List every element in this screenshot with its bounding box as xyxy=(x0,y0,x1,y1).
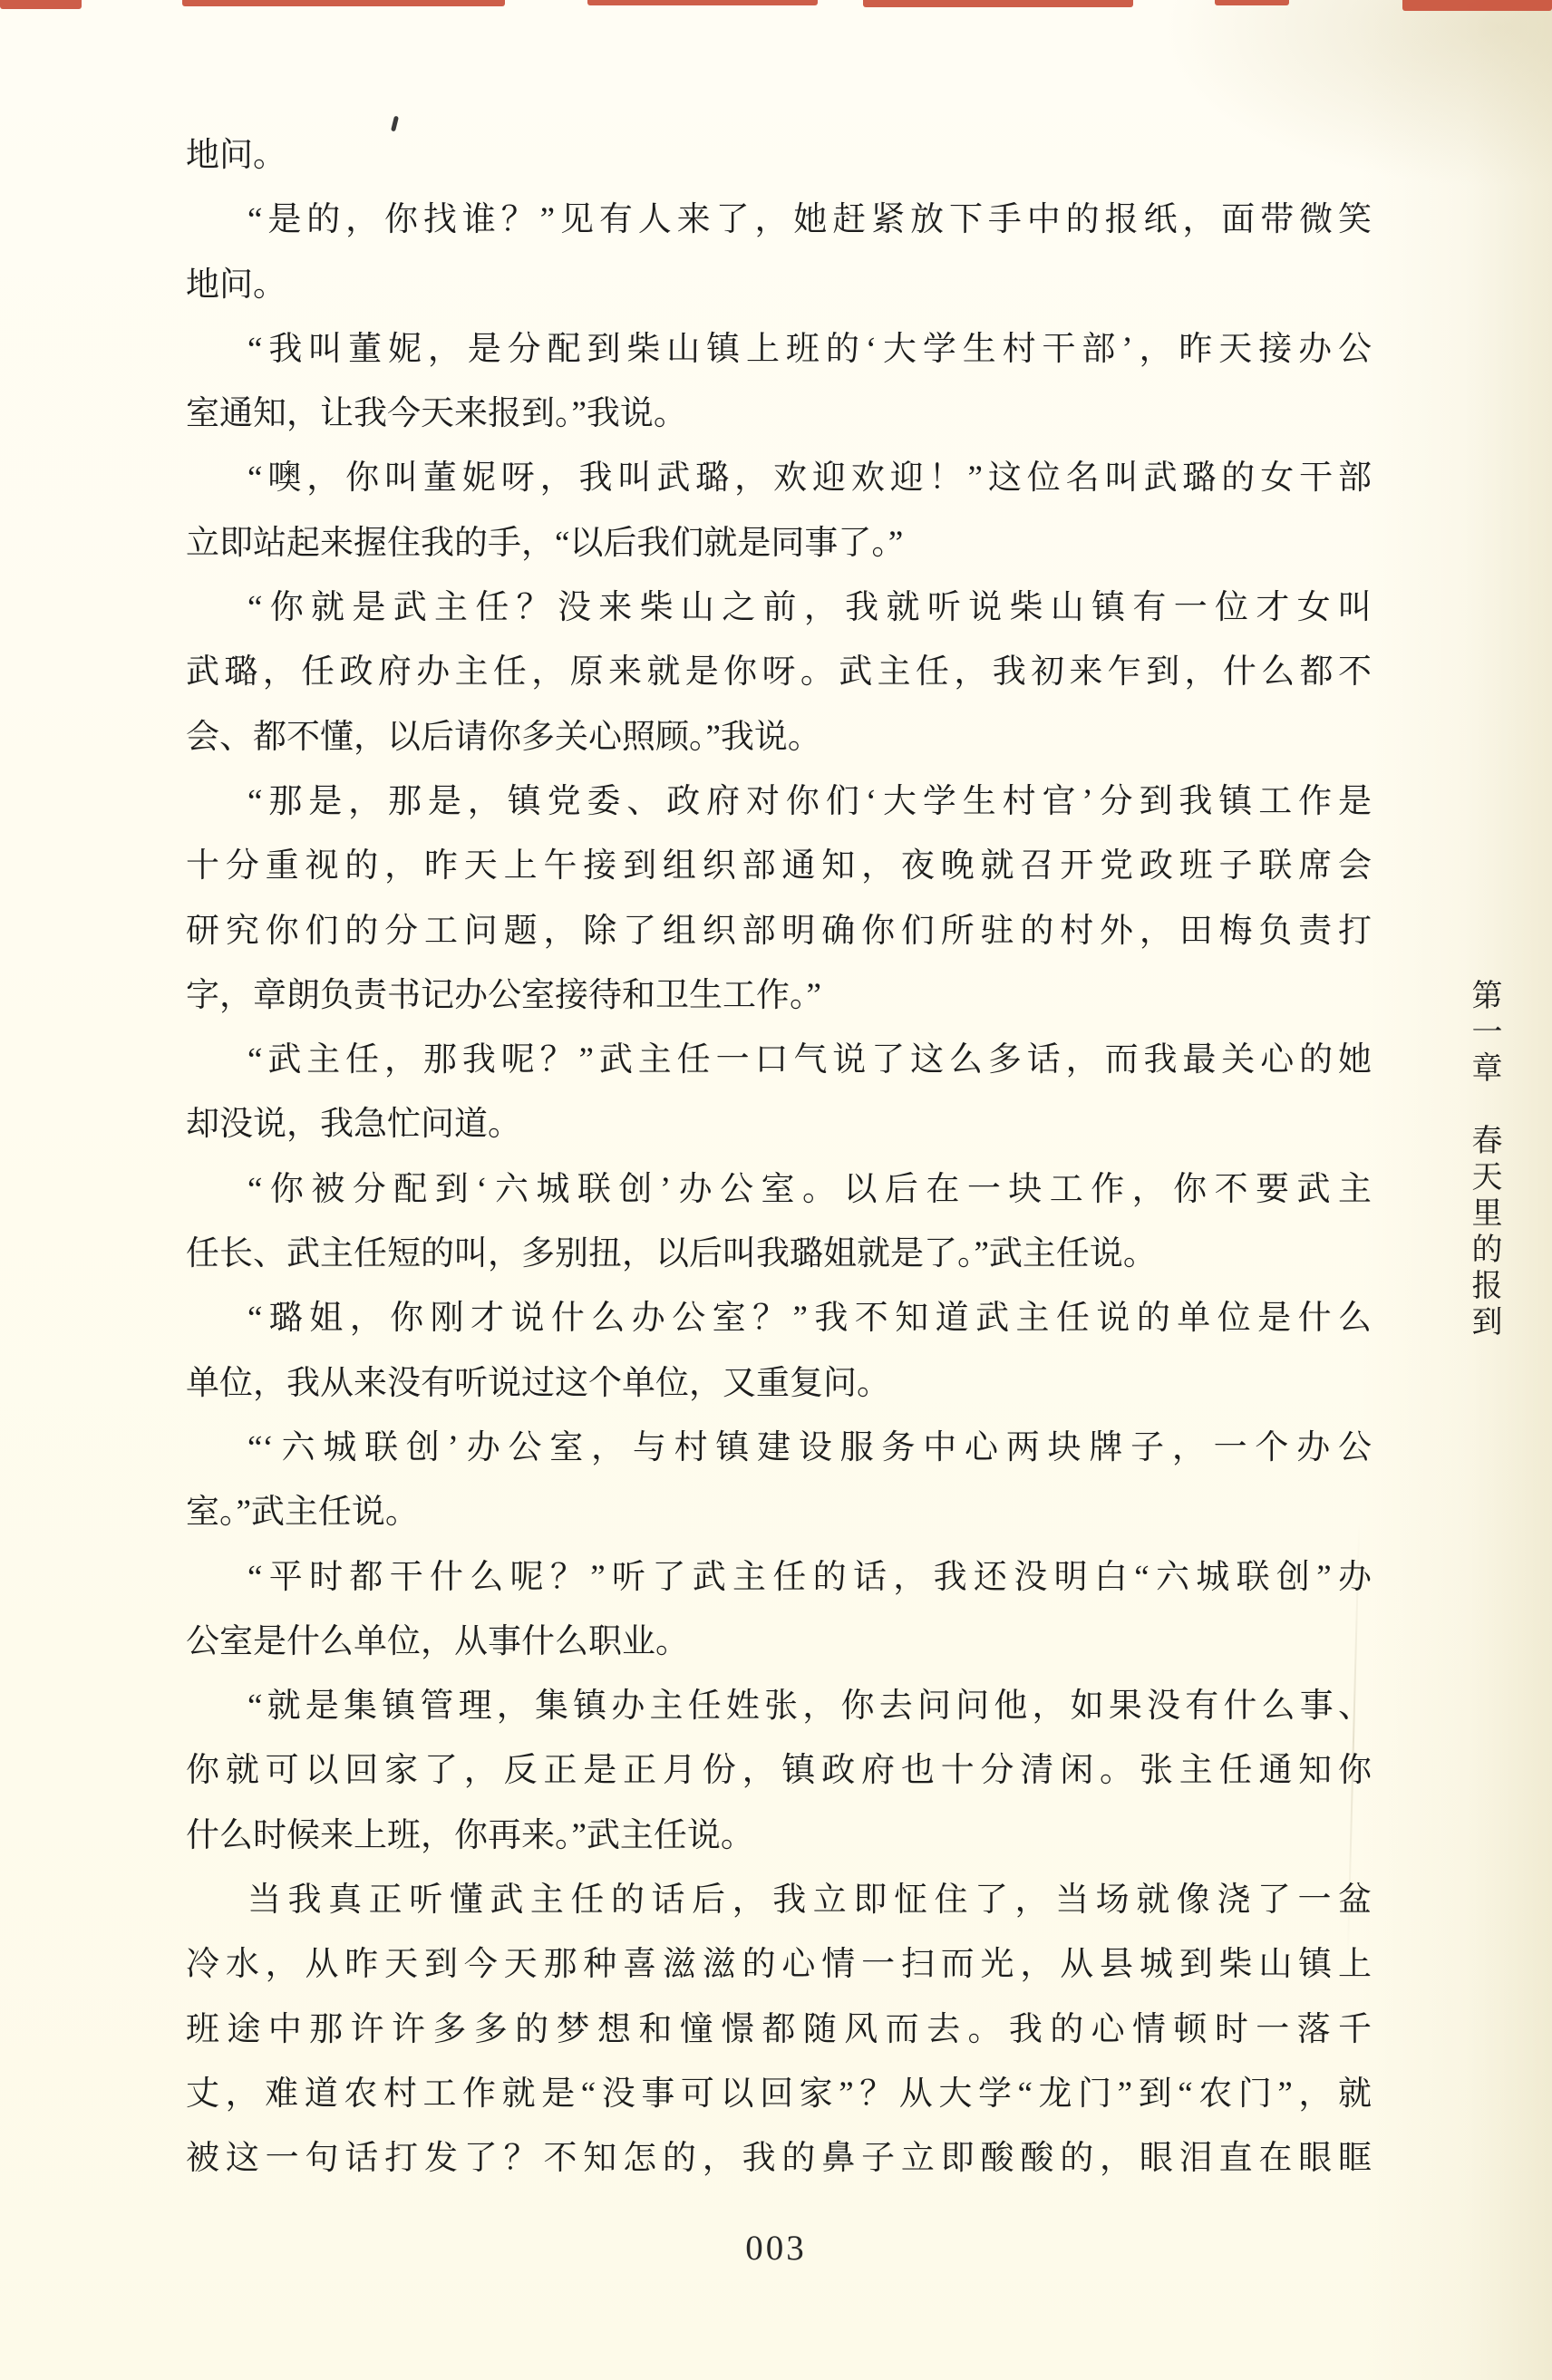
red-edge-segment xyxy=(1402,0,1552,11)
text-line: 字，章朗负责书记办公室接待和卫生工作。” xyxy=(186,963,1372,1028)
text-line: 你就可以回家了，反正是正月份，镇政府也十分清闲。张主任通知你 xyxy=(186,1738,1372,1803)
text-line: 十分重视的，昨天上午接到组织部通知，夜晚就召开党政班子联席会 xyxy=(186,834,1372,898)
text-line: 立即站起来握住我的手，“以后我们就是同事了。” xyxy=(186,511,1372,576)
red-edge-segment xyxy=(587,0,818,5)
text-line: 被这一句话打发了？不知怎的，我的鼻子立即酸酸的，眼泪直在眼眶 xyxy=(186,2126,1372,2191)
page-number: 003 xyxy=(0,2228,1552,2269)
red-edge-segment xyxy=(863,0,1133,7)
red-edge-segment xyxy=(1215,0,1289,5)
text-line: 研究你们的分工问题，除了组织部明确你们所驻的村外，田梅负责打 xyxy=(186,899,1372,963)
text-line: “噢，你叫董妮呀，我叫武璐，欢迎欢迎！”这位名叫武璐的女干部 xyxy=(186,446,1372,510)
text-line: 任长、武主任短的叫，多别扭，以后叫我璐姐就是了。”武主任说。 xyxy=(186,1222,1372,1286)
text-line: “就是集镇管理，集镇办主任姓张，你去问问他，如果没有什么事、 xyxy=(186,1674,1372,1738)
text-line: 室通知，让我今天来报到。”我说。 xyxy=(186,382,1372,446)
red-edge-segment xyxy=(0,0,82,9)
body-text: 地问。“是的，你找谁？”见有人来了，她赶紧放下手中的报纸，面带微笑地问。“我叫董… xyxy=(186,123,1372,2191)
text-line: “‘六城联创’办公室，与村镇建设服务中心两块牌子，一个办公 xyxy=(186,1416,1372,1480)
text-line: 当我真正听懂武主任的话后，我立即怔住了，当场就像浇了一盆 xyxy=(186,1868,1372,1932)
text-line: “平时都干什么呢？”听了武主任的话，我还没明白“六城联创”办 xyxy=(186,1545,1372,1610)
text-line: “璐姐，你刚才说什么办公室？”我不知道武主任说的单位是什么 xyxy=(186,1286,1372,1350)
text-line: 武璐，任政府办主任，原来就是你呀。武主任，我初来乍到，什么都不 xyxy=(186,640,1372,704)
chapter-marker: 第一章 春天里的报到 xyxy=(1461,979,1506,1378)
text-line: 地问。 xyxy=(186,123,1372,188)
text-line: 丈，难道农村工作就是“没事可以回家”？从大学“龙门”到“农门”，就 xyxy=(186,2062,1372,2126)
text-line: “你被分配到‘六城联创’办公室。以后在一块工作，你不要武主 xyxy=(186,1157,1372,1222)
text-line: 室。”武主任说。 xyxy=(186,1480,1372,1544)
text-line: 冷水，从昨天到今天那种喜滋滋的心情一扫而光，从县城到柴山镇上 xyxy=(186,1932,1372,1997)
text-line: “武主任，那我呢？”武主任一口气说了这么多话，而我最关心的她 xyxy=(186,1028,1372,1092)
text-line: “那是，那是，镇党委、政府对你们‘大学生村官’分到我镇工作是 xyxy=(186,769,1372,834)
text-line: “是的，你找谁？”见有人来了，她赶紧放下手中的报纸，面带微笑 xyxy=(186,188,1372,252)
text-line: 却没说，我急忙问道。 xyxy=(186,1092,1372,1156)
text-line: 单位，我从来没有听说过这个单位，又重复问。 xyxy=(186,1351,1372,1416)
text-line: 地问。 xyxy=(186,253,1372,317)
red-edge-segment xyxy=(182,0,505,6)
text-line: “我叫董妮，是分配到柴山镇上班的‘大学生村干部’，昨天接办公 xyxy=(186,317,1372,382)
book-page: 地问。“是的，你找谁？”见有人来了，她赶紧放下手中的报纸，面带微笑地问。“我叫董… xyxy=(0,0,1552,2380)
text-line: 什么时候来上班，你再来。”武主任说。 xyxy=(186,1804,1372,1868)
text-line: 公室是什么单位，从事什么职业。 xyxy=(186,1610,1372,1674)
text-line: “你就是武主任？没来柴山之前，我就听说柴山镇有一位才女叫 xyxy=(186,576,1372,640)
text-line: 会、都不懂，以后请你多关心照顾。”我说。 xyxy=(186,705,1372,769)
text-line: 班途中那许许多多的梦想和憧憬都随风而去。我的心情顿时一落千 xyxy=(186,1998,1372,2062)
